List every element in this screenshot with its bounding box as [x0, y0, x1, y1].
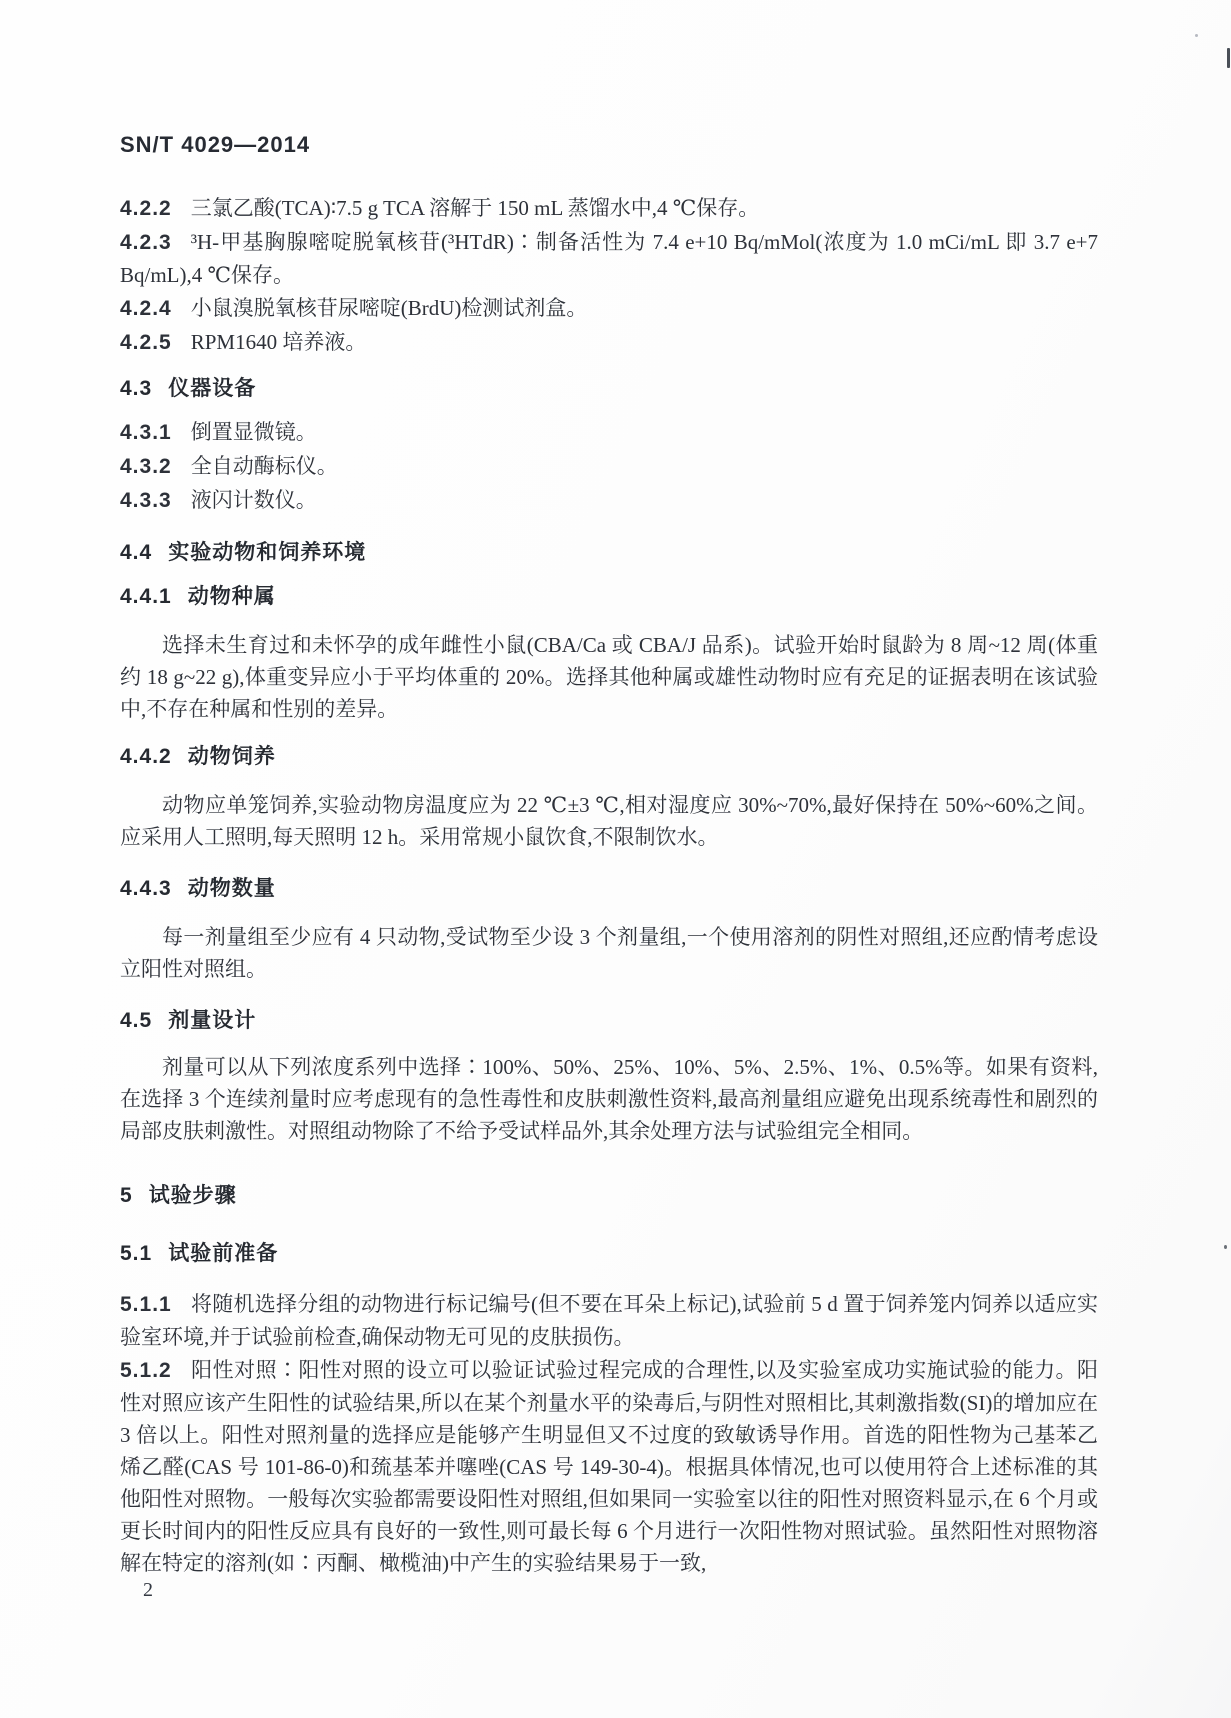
paragraph-dose-design: 剂量可以从下列浓度系列中选择∶100%、50%、25%、10%、5%、2.5%、…: [120, 1051, 1098, 1147]
clause-number: 5.1.1: [120, 1293, 172, 1316]
clause-number: 4.3.2: [120, 455, 172, 478]
heading-4-4: 4.4实验动物和饲养环境: [120, 539, 1098, 567]
heading-title: 动物数量: [188, 877, 276, 900]
heading-5-1: 5.1试验前准备: [120, 1240, 1098, 1268]
clause-5-1-2: 5.1.2阳性对照∶阳性对照的设立可以验证试验过程完成的合理性,以及实验室成功实…: [120, 1354, 1098, 1579]
heading-number: 4.4.3: [120, 877, 172, 900]
scan-artifact-dot: [1224, 1245, 1227, 1249]
heading-title: 实验动物和饲养环境: [168, 541, 366, 564]
clause-number: 4.3.3: [120, 489, 172, 512]
heading-title: 仪器设备: [168, 377, 256, 400]
scan-artifact-edge-tick: [1227, 48, 1230, 68]
clause-text: 全自动酶标仪。: [191, 454, 338, 478]
clause-number: 4.2.4: [120, 297, 172, 320]
page-content: SN/T 4029—2014 4.2.2三氯乙酸(TCA)∶7.5 g TCA …: [120, 0, 1098, 1580]
standard-number-header: SN/T 4029—2014: [120, 132, 1098, 158]
clause-5-1-1: 5.1.1将随机选择分组的动物进行标记编号(但不要在耳朵上标记),试验前 5 d…: [120, 1288, 1098, 1353]
page-number: 2: [143, 1579, 153, 1602]
clause-4-3-2: 4.3.2全自动酶标仪。: [120, 450, 1098, 483]
heading-4-4-2: 4.4.2动物饲养: [120, 743, 1098, 771]
clause-text: 倒置显微镜。: [191, 420, 317, 444]
heading-title: 剂量设计: [168, 1009, 256, 1032]
paragraph-animal-count: 每一剂量组至少应有 4 只动物,受试物至少设 3 个剂量组,一个使用溶剂的阴性对…: [120, 921, 1098, 985]
clause-text: 阳性对照∶阳性对照的设立可以验证试验过程完成的合理性,以及实验室成功实施试验的能…: [120, 1358, 1098, 1575]
clause-text: 将随机选择分组的动物进行标记编号(但不要在耳朵上标记),试验前 5 d 置于饲养…: [120, 1292, 1098, 1349]
scan-artifact-speck: [1195, 34, 1198, 37]
heading-number: 5: [120, 1184, 133, 1207]
heading-4-5: 4.5剂量设计: [120, 1007, 1098, 1035]
clause-text: RPM1640 培养液。: [191, 330, 367, 354]
heading-4-3: 4.3仪器设备: [120, 375, 1098, 403]
clause-4-2-3: 4.2.3³H-甲基胸腺嘧啶脱氧核苷(³HTdR)∶制备活性为 7.4 e+10…: [120, 226, 1098, 291]
heading-number: 4.5: [120, 1009, 152, 1032]
heading-number: 4.4.2: [120, 745, 172, 768]
heading-4-4-1: 4.4.1动物种属: [120, 583, 1098, 611]
heading-title: 动物饲养: [188, 745, 276, 768]
clause-number: 4.2.3: [120, 231, 172, 254]
heading-4-4-3: 4.4.3动物数量: [120, 875, 1098, 903]
clause-number: 4.2.2: [120, 197, 172, 220]
heading-number: 4.3: [120, 377, 152, 400]
clause-text: 三氯乙酸(TCA)∶7.5 g TCA 溶解于 150 mL 蒸馏水中,4 ℃保…: [191, 196, 760, 220]
clause-number: 4.2.5: [120, 331, 172, 354]
paragraph-animal-species: 选择未生育过和未怀孕的成年雌性小鼠(CBA/Ca 或 CBA/J 品系)。试验开…: [120, 629, 1098, 725]
clause-number: 4.3.1: [120, 421, 172, 444]
clause-4-2-4: 4.2.4小鼠溴脱氧核苷尿嘧啶(BrdU)检测试剂盒。: [120, 292, 1098, 325]
clause-number: 5.1.2: [120, 1359, 172, 1382]
heading-title: 动物种属: [188, 585, 276, 608]
heading-5: 5试验步骤: [120, 1182, 1098, 1210]
heading-title: 试验前准备: [168, 1242, 278, 1265]
clause-4-3-1: 4.3.1倒置显微镜。: [120, 416, 1098, 449]
paragraph-animal-housing: 动物应单笼饲养,实验动物房温度应为 22 ℃±3 ℃,相对湿度应 30%~70%…: [120, 789, 1098, 853]
clause-text: ³H-甲基胸腺嘧啶脱氧核苷(³HTdR)∶制备活性为 7.4 e+10 Bq/m…: [120, 230, 1098, 287]
clause-4-2-5: 4.2.5RPM1640 培养液。: [120, 326, 1098, 359]
clause-4-3-3: 4.3.3液闪计数仪。: [120, 484, 1098, 517]
heading-number: 4.4: [120, 541, 152, 564]
clause-4-2-2: 4.2.2三氯乙酸(TCA)∶7.5 g TCA 溶解于 150 mL 蒸馏水中…: [120, 192, 1098, 225]
document-page: SN/T 4029—2014 4.2.2三氯乙酸(TCA)∶7.5 g TCA …: [0, 0, 1231, 1718]
heading-number: 5.1: [120, 1242, 152, 1265]
clause-text: 液闪计数仪。: [191, 488, 317, 512]
heading-number: 4.4.1: [120, 585, 172, 608]
heading-title: 试验步骤: [149, 1184, 237, 1207]
clause-text: 小鼠溴脱氧核苷尿嘧啶(BrdU)检测试剂盒。: [191, 296, 588, 320]
